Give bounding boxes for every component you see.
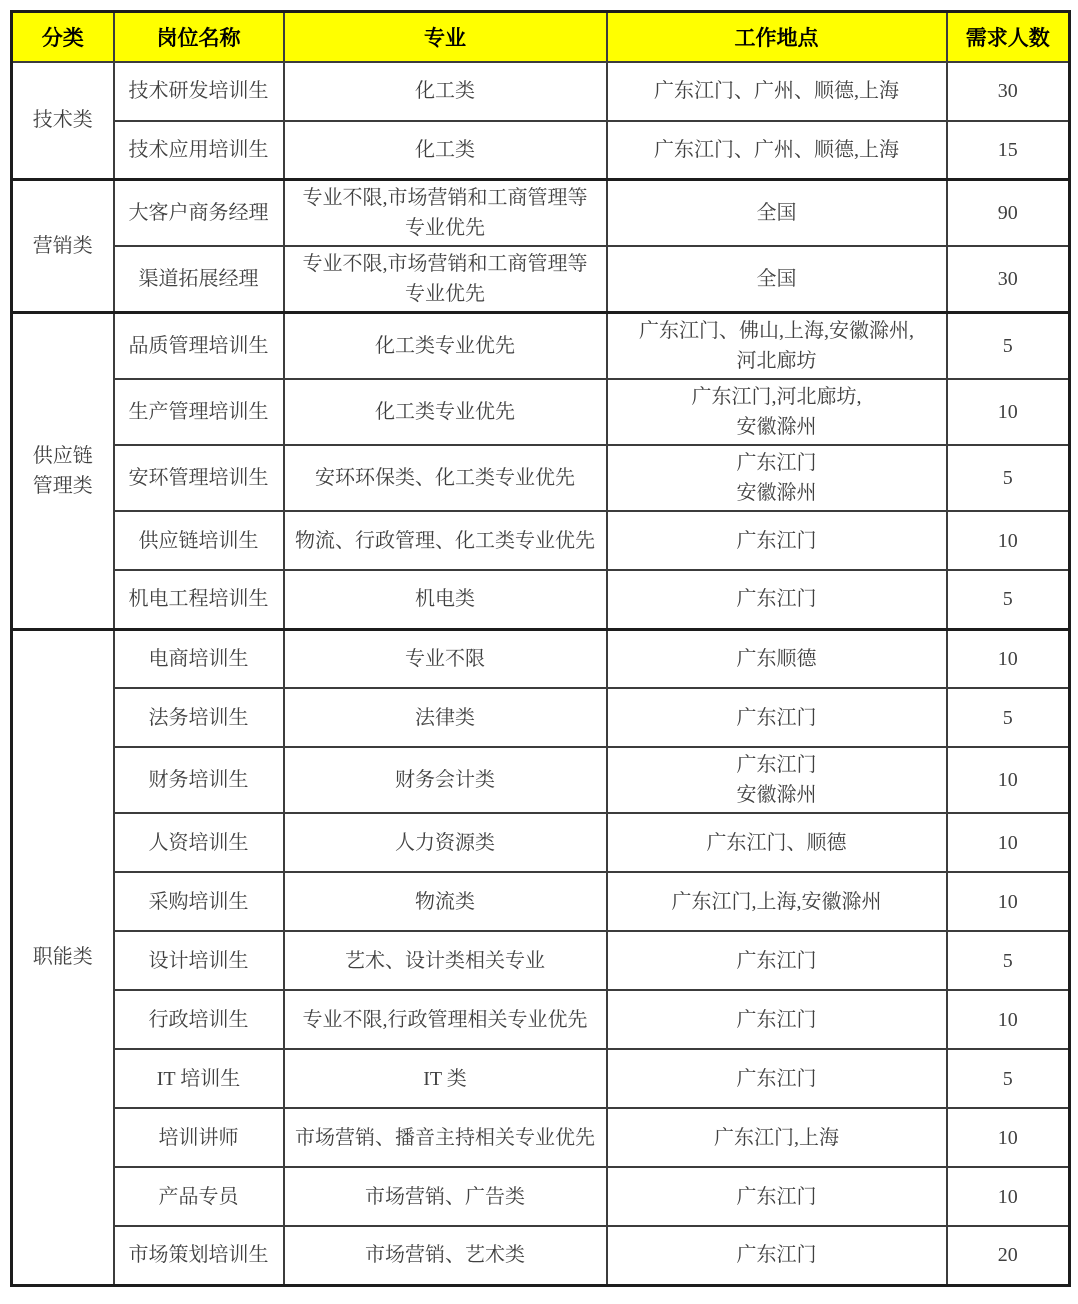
position-cell: 安环管理培训生	[114, 445, 284, 511]
table-row: 营销类 大客户商务经理 专业不限,市场营销和工商管理等 专业优先 全国 90	[12, 180, 1070, 247]
major-cell: 专业不限,市场营销和工商管理等 专业优先	[284, 180, 607, 247]
count-cell: 5	[947, 688, 1070, 747]
major-cell: 市场营销、广告类	[284, 1167, 607, 1226]
table-row: 人资培训生 人力资源类 广东江门、顺德 10	[12, 813, 1070, 872]
position-cell: 生产管理培训生	[114, 379, 284, 445]
header-category: 分类	[12, 12, 114, 62]
count-cell: 10	[947, 1167, 1070, 1226]
major-cell: 市场营销、播音主持相关专业优先	[284, 1108, 607, 1167]
position-cell: 技术研发培训生	[114, 62, 284, 121]
location-cell: 广东江门	[607, 1049, 947, 1108]
count-cell: 10	[947, 872, 1070, 931]
location-cell: 广东江门、顺德	[607, 813, 947, 872]
category-cell: 供应链 管理类	[12, 313, 114, 630]
table-row: 安环管理培训生 安环环保类、化工类专业优先 广东江门 安徽滁州 5	[12, 445, 1070, 511]
table-row: 技术类 技术研发培训生 化工类 广东江门、广州、顺德,上海 30	[12, 62, 1070, 121]
header-major: 专业	[284, 12, 607, 62]
header-row: 分类 岗位名称 专业 工作地点 需求人数	[12, 12, 1070, 62]
table-row: 设计培训生 艺术、设计类相关专业 广东江门 5	[12, 931, 1070, 990]
recruitment-table: 分类 岗位名称 专业 工作地点 需求人数 技术类 技术研发培训生 化工类 广东江…	[10, 10, 1071, 1287]
position-cell: 人资培训生	[114, 813, 284, 872]
position-cell: IT 培训生	[114, 1049, 284, 1108]
position-cell: 培训讲师	[114, 1108, 284, 1167]
position-cell: 行政培训生	[114, 990, 284, 1049]
count-cell: 5	[947, 445, 1070, 511]
count-cell: 90	[947, 180, 1070, 247]
location-cell: 广东江门	[607, 1226, 947, 1285]
position-cell: 产品专员	[114, 1167, 284, 1226]
location-cell: 广东江门	[607, 570, 947, 629]
location-cell: 广东江门,上海	[607, 1108, 947, 1167]
table-row: 供应链培训生 物流、行政管理、化工类专业优先 广东江门 10	[12, 511, 1070, 570]
table-row: 产品专员 市场营销、广告类 广东江门 10	[12, 1167, 1070, 1226]
major-cell: 法律类	[284, 688, 607, 747]
category-cell: 技术类	[12, 62, 114, 180]
count-cell: 20	[947, 1226, 1070, 1285]
major-cell: 机电类	[284, 570, 607, 629]
table-row: 渠道拓展经理 专业不限,市场营销和工商管理等 专业优先 全国 30	[12, 246, 1070, 313]
position-cell: 大客户商务经理	[114, 180, 284, 247]
count-cell: 5	[947, 313, 1070, 380]
position-cell: 品质管理培训生	[114, 313, 284, 380]
location-cell: 全国	[607, 180, 947, 247]
table-row: 市场策划培训生 市场营销、艺术类 广东江门 20	[12, 1226, 1070, 1285]
location-cell: 广东顺德	[607, 629, 947, 688]
location-cell: 广东江门、广州、顺德,上海	[607, 62, 947, 121]
major-cell: 财务会计类	[284, 747, 607, 813]
major-cell: 化工类专业优先	[284, 313, 607, 380]
category-cell: 职能类	[12, 629, 114, 1285]
position-cell: 技术应用培训生	[114, 121, 284, 180]
position-cell: 设计培训生	[114, 931, 284, 990]
location-cell: 广东江门 安徽滁州	[607, 445, 947, 511]
table-row: 生产管理培训生 化工类专业优先 广东江门,河北廊坊, 安徽滁州 10	[12, 379, 1070, 445]
table-row: 财务培训生 财务会计类 广东江门 安徽滁州 10	[12, 747, 1070, 813]
major-cell: 化工类专业优先	[284, 379, 607, 445]
position-cell: 渠道拓展经理	[114, 246, 284, 313]
location-cell: 广东江门	[607, 990, 947, 1049]
position-cell: 电商培训生	[114, 629, 284, 688]
major-cell: 物流类	[284, 872, 607, 931]
table-row: 培训讲师 市场营销、播音主持相关专业优先 广东江门,上海 10	[12, 1108, 1070, 1167]
table-row: 机电工程培训生 机电类 广东江门 5	[12, 570, 1070, 629]
position-cell: 采购培训生	[114, 872, 284, 931]
major-cell: 市场营销、艺术类	[284, 1226, 607, 1285]
count-cell: 10	[947, 379, 1070, 445]
position-cell: 供应链培训生	[114, 511, 284, 570]
table-row: IT 培训生 IT 类 广东江门 5	[12, 1049, 1070, 1108]
page: 分类 岗位名称 专业 工作地点 需求人数 技术类 技术研发培训生 化工类 广东江…	[0, 0, 1078, 1304]
location-cell: 广东江门、佛山,上海,安徽滁州, 河北廊坊	[607, 313, 947, 380]
location-cell: 广东江门,河北廊坊, 安徽滁州	[607, 379, 947, 445]
header-count: 需求人数	[947, 12, 1070, 62]
location-cell: 广东江门	[607, 511, 947, 570]
major-cell: 专业不限	[284, 629, 607, 688]
major-cell: 化工类	[284, 62, 607, 121]
count-cell: 15	[947, 121, 1070, 180]
position-cell: 法务培训生	[114, 688, 284, 747]
major-cell: IT 类	[284, 1049, 607, 1108]
count-cell: 5	[947, 570, 1070, 629]
table-row: 供应链 管理类 品质管理培训生 化工类专业优先 广东江门、佛山,上海,安徽滁州,…	[12, 313, 1070, 380]
location-cell: 广东江门	[607, 688, 947, 747]
major-cell: 安环环保类、化工类专业优先	[284, 445, 607, 511]
major-cell: 化工类	[284, 121, 607, 180]
count-cell: 5	[947, 1049, 1070, 1108]
location-cell: 广东江门,上海,安徽滁州	[607, 872, 947, 931]
position-cell: 机电工程培训生	[114, 570, 284, 629]
count-cell: 30	[947, 62, 1070, 121]
major-cell: 物流、行政管理、化工类专业优先	[284, 511, 607, 570]
count-cell: 10	[947, 629, 1070, 688]
location-cell: 广东江门、广州、顺德,上海	[607, 121, 947, 180]
position-cell: 财务培训生	[114, 747, 284, 813]
table-row: 技术应用培训生 化工类 广东江门、广州、顺德,上海 15	[12, 121, 1070, 180]
header-position: 岗位名称	[114, 12, 284, 62]
count-cell: 10	[947, 747, 1070, 813]
table-row: 采购培训生 物流类 广东江门,上海,安徽滁州 10	[12, 872, 1070, 931]
count-cell: 10	[947, 990, 1070, 1049]
count-cell: 10	[947, 1108, 1070, 1167]
major-cell: 专业不限,行政管理相关专业优先	[284, 990, 607, 1049]
count-cell: 10	[947, 813, 1070, 872]
header-location: 工作地点	[607, 12, 947, 62]
location-cell: 全国	[607, 246, 947, 313]
table-row: 法务培训生 法律类 广东江门 5	[12, 688, 1070, 747]
count-cell: 5	[947, 931, 1070, 990]
location-cell: 广东江门	[607, 931, 947, 990]
major-cell: 艺术、设计类相关专业	[284, 931, 607, 990]
major-cell: 人力资源类	[284, 813, 607, 872]
major-cell: 专业不限,市场营销和工商管理等 专业优先	[284, 246, 607, 313]
position-cell: 市场策划培训生	[114, 1226, 284, 1285]
count-cell: 10	[947, 511, 1070, 570]
table-row: 职能类 电商培训生 专业不限 广东顺德 10	[12, 629, 1070, 688]
category-cell: 营销类	[12, 180, 114, 313]
location-cell: 广东江门	[607, 1167, 947, 1226]
table-row: 行政培训生 专业不限,行政管理相关专业优先 广东江门 10	[12, 990, 1070, 1049]
count-cell: 30	[947, 246, 1070, 313]
location-cell: 广东江门 安徽滁州	[607, 747, 947, 813]
